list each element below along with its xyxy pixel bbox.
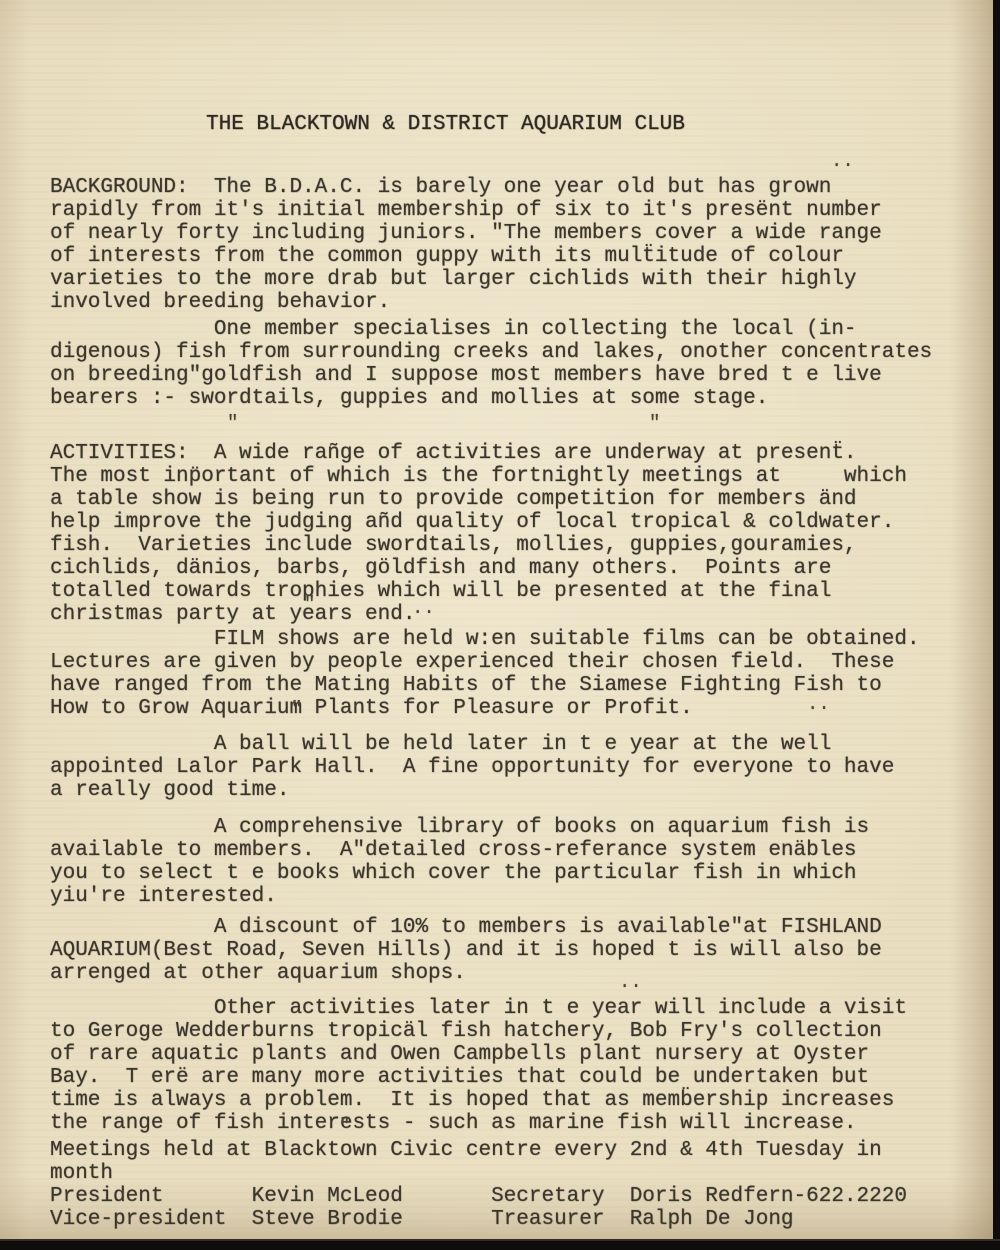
scanned-page: THE BLACKTOWN & DISTRICT AQUARIUM CLUB B… — [0, 0, 1000, 1250]
scan-edge-bottom — [0, 1239, 1000, 1250]
stray-ink-mark: .. — [807, 695, 830, 714]
paragraph-library: A comprehensive library of books on aqua… — [50, 816, 869, 908]
paragraph-member-specialises: One member specialises in collecting the… — [50, 318, 932, 410]
stray-ink-mark: .. — [831, 152, 854, 171]
paragraph-ball: A ball will be held later in t e year at… — [50, 733, 894, 802]
stray-ink-mark: .. — [619, 973, 642, 992]
scan-edge-right — [993, 0, 1000, 1250]
stray-ink-mark: .. — [412, 599, 435, 618]
paragraph-activities: ACTIVITIES: A wide rañge of activities a… — [50, 442, 907, 626]
stray-ink-mark: " — [649, 414, 660, 433]
stray-ink-mark: " — [227, 414, 238, 433]
stray-ink-mark: " — [339, 1117, 350, 1136]
paragraph-film-shows: FILM shows are held w:en suitable films … — [50, 628, 920, 720]
paragraph-other-activities: Other activities later in t e year will … — [50, 997, 907, 1135]
footer-meetings-officers: Meetings held at Blacktown Civic centre … — [50, 1139, 907, 1231]
stray-ink-mark: " — [304, 595, 315, 614]
stray-ink-mark: " — [291, 700, 302, 719]
paragraph-discount: A discount of 10% to members is availabl… — [50, 916, 882, 985]
paragraph-background: BACKGROUND: The B.D.A.C. is barely one y… — [50, 176, 882, 314]
page-title: THE BLACKTOWN & DISTRICT AQUARIUM CLUB — [206, 113, 685, 136]
